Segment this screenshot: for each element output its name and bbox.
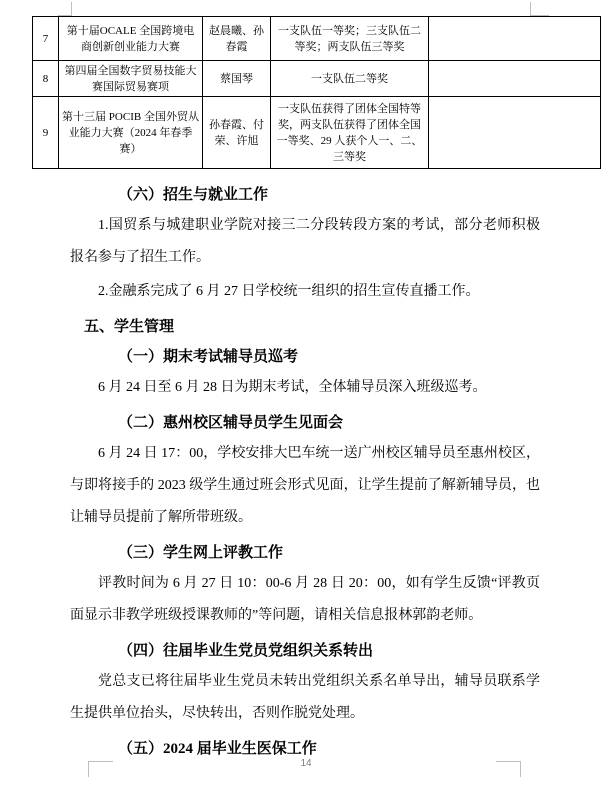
- paragraph-online-evaluation: 评教时间为 6 月 27 日 10：00-6 月 28 日 20：00，如有学生…: [70, 568, 540, 632]
- cell-competition: 第四届全国数字贸易技能大赛国际贸易赛项: [59, 61, 203, 97]
- table-row: 8 第四届全国数字贸易技能大赛国际贸易赛项 蔡国琴 一支队伍二等奖: [33, 61, 601, 97]
- cell-awards: 一支队伍二等奖: [271, 61, 429, 97]
- cell-no: 7: [33, 17, 59, 61]
- chapter-heading-student-management: 五、学生管理: [84, 316, 540, 338]
- cell-no: 9: [33, 97, 59, 169]
- page-number: 14: [0, 758, 612, 769]
- cell-teachers: 孙春霞、付荣、许旭: [203, 97, 271, 169]
- cell-note: [429, 61, 601, 97]
- paragraph-exam-patrol: 6 月 24 日至 6 月 28 日为期末考试，全体辅导员深入班级巡考。: [70, 372, 540, 404]
- cell-teachers: 蔡国琴: [203, 61, 271, 97]
- section-heading-huizhou-meeting: （二）惠州校区辅导员学生见面会: [118, 412, 540, 434]
- document-page: { "table": { "rows": [ { "no": "7", "com…: [0, 0, 612, 798]
- table-row: 9 第十三届 POCIB 全国外贸从业能力大赛（2024 年春季赛） 孙春霞、付…: [33, 97, 601, 169]
- cell-awards: 一支队伍获得了团体全国特等奖，两支队伍获得了团体全国一等奖、29 人获个人一、二…: [271, 97, 429, 169]
- section-heading-medical-insurance: （五）2024 届毕业生医保工作: [118, 738, 540, 760]
- section-heading-online-evaluation: （三）学生网上评教工作: [118, 542, 540, 564]
- cell-teachers: 赵晨曦、孙春霞: [203, 17, 271, 61]
- cell-no: 8: [33, 61, 59, 97]
- awards-table: 7 第十届OCALE 全国跨境电商创新创业能力大赛 赵晨曦、孙春霞 一支队伍一等…: [32, 16, 601, 169]
- paragraph-recruitment-1: 1.国贸系与城建职业学院对接三二分段转段方案的考试，部分老师积极报名参与了招生工…: [70, 210, 540, 274]
- cell-note: [429, 97, 601, 169]
- cell-competition: 第十三届 POCIB 全国外贸从业能力大赛（2024 年春季赛）: [59, 97, 203, 169]
- document-body: （六）招生与就业工作 1.国贸系与城建职业学院对接三二分段转段方案的考试，部分老…: [70, 176, 540, 764]
- paragraph-party-transfer: 党总支已将往届毕业生党员未转出党组织关系名单导出，辅导员联系学生提供单位抬头，尽…: [70, 666, 540, 730]
- table-row: 7 第十届OCALE 全国跨境电商创新创业能力大赛 赵晨曦、孙春霞 一支队伍一等…: [33, 17, 601, 61]
- margin-mark-top-left: [58, 2, 72, 16]
- paragraph-huizhou-meeting: 6 月 24 日 17：00，学校安排大巴车统一送广州校区辅导员至惠州校区，与即…: [70, 438, 540, 534]
- cell-note: [429, 17, 601, 61]
- margin-mark-top-right: [530, 2, 549, 16]
- section-heading-exam-patrol: （一）期末考试辅导员巡考: [118, 346, 540, 368]
- cell-awards: 一支队伍一等奖；三支队伍二等奖；两支队伍三等奖: [271, 17, 429, 61]
- cell-competition: 第十届OCALE 全国跨境电商创新创业能力大赛: [59, 17, 203, 61]
- paragraph-recruitment-2: 2.金融系完成了 6 月 27 日学校统一组织的招生宣传直播工作。: [70, 276, 540, 308]
- section-heading-recruitment: （六）招生与就业工作: [118, 184, 540, 206]
- section-heading-party-transfer: （四）往届毕业生党员党组织关系转出: [118, 640, 540, 662]
